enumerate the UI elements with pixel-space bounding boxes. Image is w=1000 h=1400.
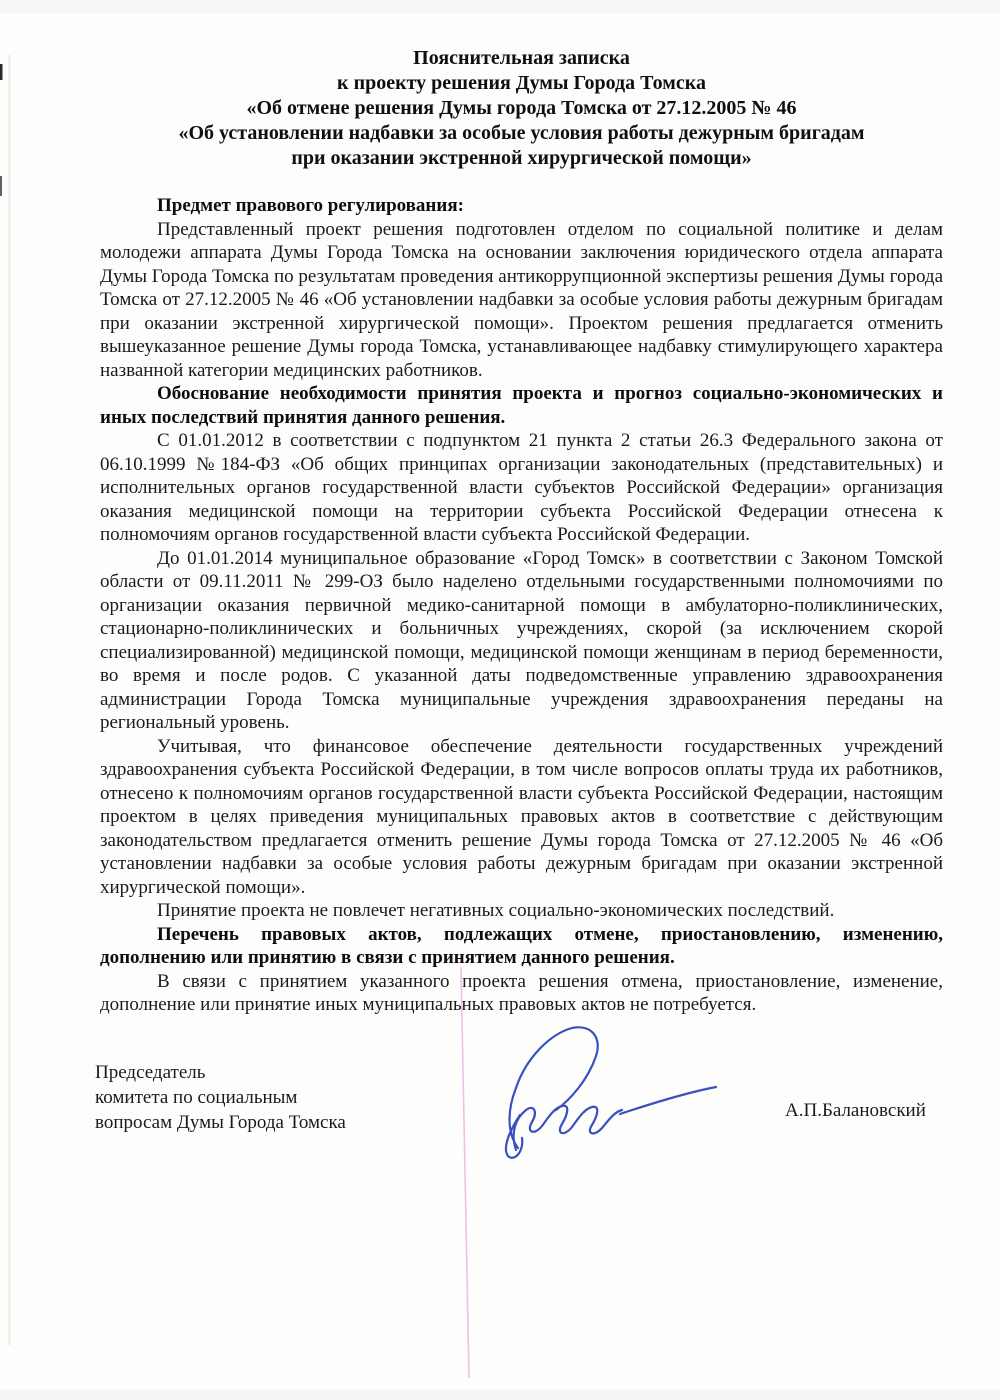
paragraph: До 01.01.2014 муниципальное образование … xyxy=(100,547,943,735)
signature-ink xyxy=(506,1027,716,1157)
signature-position-line: Председатель xyxy=(95,1060,346,1085)
signature-position-line: комитета по социальным xyxy=(95,1085,346,1110)
title-line: при оказании экстренной хирургической по… xyxy=(100,146,943,171)
scan-edge-mark xyxy=(0,64,3,80)
section-heading: Предмет правового регулирования: xyxy=(100,194,943,218)
title-line: «Об установлении надбавки за особые усло… xyxy=(100,121,943,146)
paragraph: В связи с принятием указанного проекта р… xyxy=(100,970,943,1017)
signature-position-line: вопросам Думы Города Томска xyxy=(95,1110,346,1135)
paragraph: Учитывая, что финансовое обеспечение дея… xyxy=(100,735,943,900)
paragraph: Представленный проект решения подготовле… xyxy=(100,218,943,383)
section-heading: Перечень правовых актов, подлежащих отме… xyxy=(100,923,943,970)
section-heading: Обоснование необходимости принятия проек… xyxy=(100,382,943,429)
signature-position-block: Председатель комитета по социальным вопр… xyxy=(95,1060,346,1135)
scan-edge-bottom xyxy=(0,1390,1000,1400)
paragraph: С 01.01.2012 в соответствии с подпунктом… xyxy=(100,429,943,547)
document-title: Пояснительная записка к проекту решения … xyxy=(100,46,943,171)
document-body: Предмет правового регулирования: Предста… xyxy=(100,194,943,1017)
paragraph: Принятие проекта не повлечет негативных … xyxy=(100,899,943,923)
title-line: Пояснительная записка xyxy=(100,46,943,71)
scan-crease-line xyxy=(8,55,11,1345)
scan-edge-top xyxy=(0,0,1000,13)
scanned-document-page: Пояснительная записка к проекту решения … xyxy=(0,0,1000,1400)
signer-name: А.П.Балановский xyxy=(785,1100,926,1122)
title-line: «Об отмене решения Думы города Томска от… xyxy=(100,96,943,121)
title-line: к проекту решения Думы Города Томска xyxy=(100,71,943,96)
pink-line-artifact xyxy=(461,967,469,1378)
scan-edge-mark xyxy=(0,176,2,196)
